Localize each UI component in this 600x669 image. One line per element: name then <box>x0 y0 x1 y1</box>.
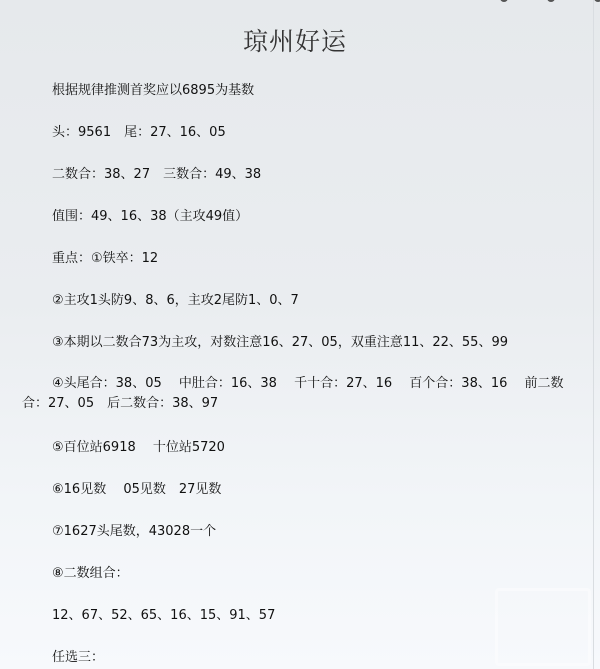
focus-line-4: ④头尾合：38、05 中肚合：16、38 千十合：27、16 百个合：38、16… <box>22 374 572 414</box>
divider <box>593 0 594 669</box>
focus-line-2: ②主攻1头防9、8、6，主攻2尾防1、0、7 <box>52 291 299 311</box>
pick-three-label: 任选三： <box>52 648 104 668</box>
focus-line-8: ⑧二数组合： <box>52 564 129 584</box>
focus-line-1: 重点：①铁卒：12 <box>52 249 158 269</box>
range-line: 值围：49、16、38（主攻49值） <box>52 207 248 227</box>
focus-line-6: ⑥16见数 05见数 27见数 <box>52 480 221 500</box>
circle-icon <box>500 0 508 2</box>
window-controls <box>460 0 600 4</box>
page-title: 琼州好运 <box>0 22 590 58</box>
sum-line: 二数合：38、27 三数合：49、38 <box>52 165 261 185</box>
focus-line-7: ⑦1627头尾数，43028一个 <box>52 522 216 542</box>
circle-icon <box>594 0 600 2</box>
watermark-logo <box>495 588 591 666</box>
combo-numbers: 12、67、52、65、16、15、91、57 <box>52 606 275 626</box>
focus-line-5: ⑤百位站6918 十位站5720 <box>52 438 225 458</box>
circle-icon <box>547 0 555 2</box>
head-tail-line: 头：9561 尾：27、16、05 <box>52 123 226 143</box>
focus-line-3: ③本期以二数合73为主攻，对数注意16、27、05，双重注意11、22、55、9… <box>52 333 508 353</box>
intro-line: 根据规律推测首奖应以6895为基数 <box>52 81 254 101</box>
